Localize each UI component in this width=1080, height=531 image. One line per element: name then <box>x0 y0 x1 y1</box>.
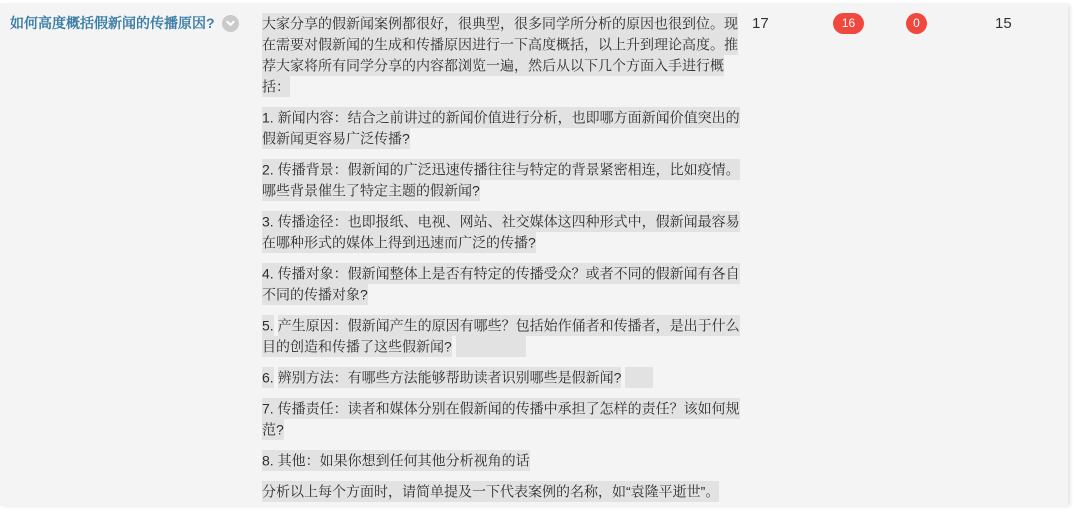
answer-text-segment <box>456 336 526 357</box>
stat-unread-badge-2[interactable]: 0 <box>906 13 927 34</box>
answer-paragraph: 7. 传播责任：读者和媒体分别在假新闻的传播中承担了怎样的责任？该如何规范? <box>262 398 742 440</box>
answer-text-segment: 6. <box>262 367 274 388</box>
answer-text-segment: 8. 其他：如果你想到任何其他分析视角的话 <box>262 450 530 471</box>
answer-text-segment: 5. <box>262 315 274 336</box>
answer-paragraph: 4. 传播对象：假新闻整体上是否有特定的传播受众？或者不同的假新闻有各自不同的传… <box>262 263 742 305</box>
stat-count-1: 17 <box>752 15 769 32</box>
answer-paragraph: 3. 传播途径：也即报纸、电视、网站、社交媒体这四种形式中，假新闻最容易在哪种形… <box>262 211 742 253</box>
answer-paragraph: 6. 辨别方法：有哪些方法能够帮助读者识别哪些是假新闻? <box>262 367 742 388</box>
answer-text-segment <box>274 317 278 333</box>
answer-text-segment: 3. 传播途径：也即报纸、电视、网站、社交媒体这四种形式中，假新闻最容易在哪种形… <box>262 211 740 253</box>
answer-text-segment: 辨别方法：有哪些方法能够帮助读者识别哪些是假新闻? <box>278 367 622 388</box>
answer-text-segment <box>274 369 278 385</box>
answer-paragraph: 2. 传播背景：假新闻的广泛迅速传播往往与特定的背景紧密相连，比如疫情。哪些背景… <box>262 159 742 201</box>
answer-paragraph: 8. 其他：如果你想到任何其他分析视角的话 <box>262 450 742 471</box>
answer-paragraph: 5. 产生原因：假新闻产生的原因有哪些？包括始作俑者和传播者，是出于什么目的创造… <box>262 315 742 357</box>
stats-row: 17 16 0 15 <box>0 3 1068 43</box>
stat-unread-badge-1[interactable]: 16 <box>833 13 864 34</box>
answer-text-segment: 分析以上每个方面时，请简单提及一下代表案例的名称，如“袁隆平逝世”。 <box>262 481 719 502</box>
answer-text-segment <box>625 367 653 388</box>
answer-text-block: 大家分享的假新闻案例都很好，很典型，很多同学所分析的原因也很到位。现在需要对假新… <box>262 13 742 502</box>
answer-text-segment: 2. 传播背景：假新闻的广泛迅速传播往往与特定的背景紧密相连，比如疫情。哪些背景… <box>262 159 740 201</box>
discussion-row-panel: 如何高度概括假新闻的传播原因? 大家分享的假新闻案例都很好，很典型，很多同学所分… <box>0 3 1068 506</box>
stat-count-2: 15 <box>995 15 1012 32</box>
answer-text-segment: 7. 传播责任：读者和媒体分别在假新闻的传播中承担了怎样的责任？该如何规范? <box>262 398 740 440</box>
answer-paragraph: 分析以上每个方面时，请简单提及一下代表案例的名称，如“袁隆平逝世”。 <box>262 481 742 502</box>
answer-text-segment: 1. 新闻内容：结合之前讲过的新闻价值进行分析，也即哪方面新闻价值突出的假新闻更… <box>262 107 740 149</box>
answer-text-segment: 4. 传播对象：假新闻整体上是否有特定的传播受众？或者不同的假新闻有各自不同的传… <box>262 263 740 305</box>
answer-paragraph: 1. 新闻内容：结合之前讲过的新闻价值进行分析，也即哪方面新闻价值突出的假新闻更… <box>262 107 742 149</box>
